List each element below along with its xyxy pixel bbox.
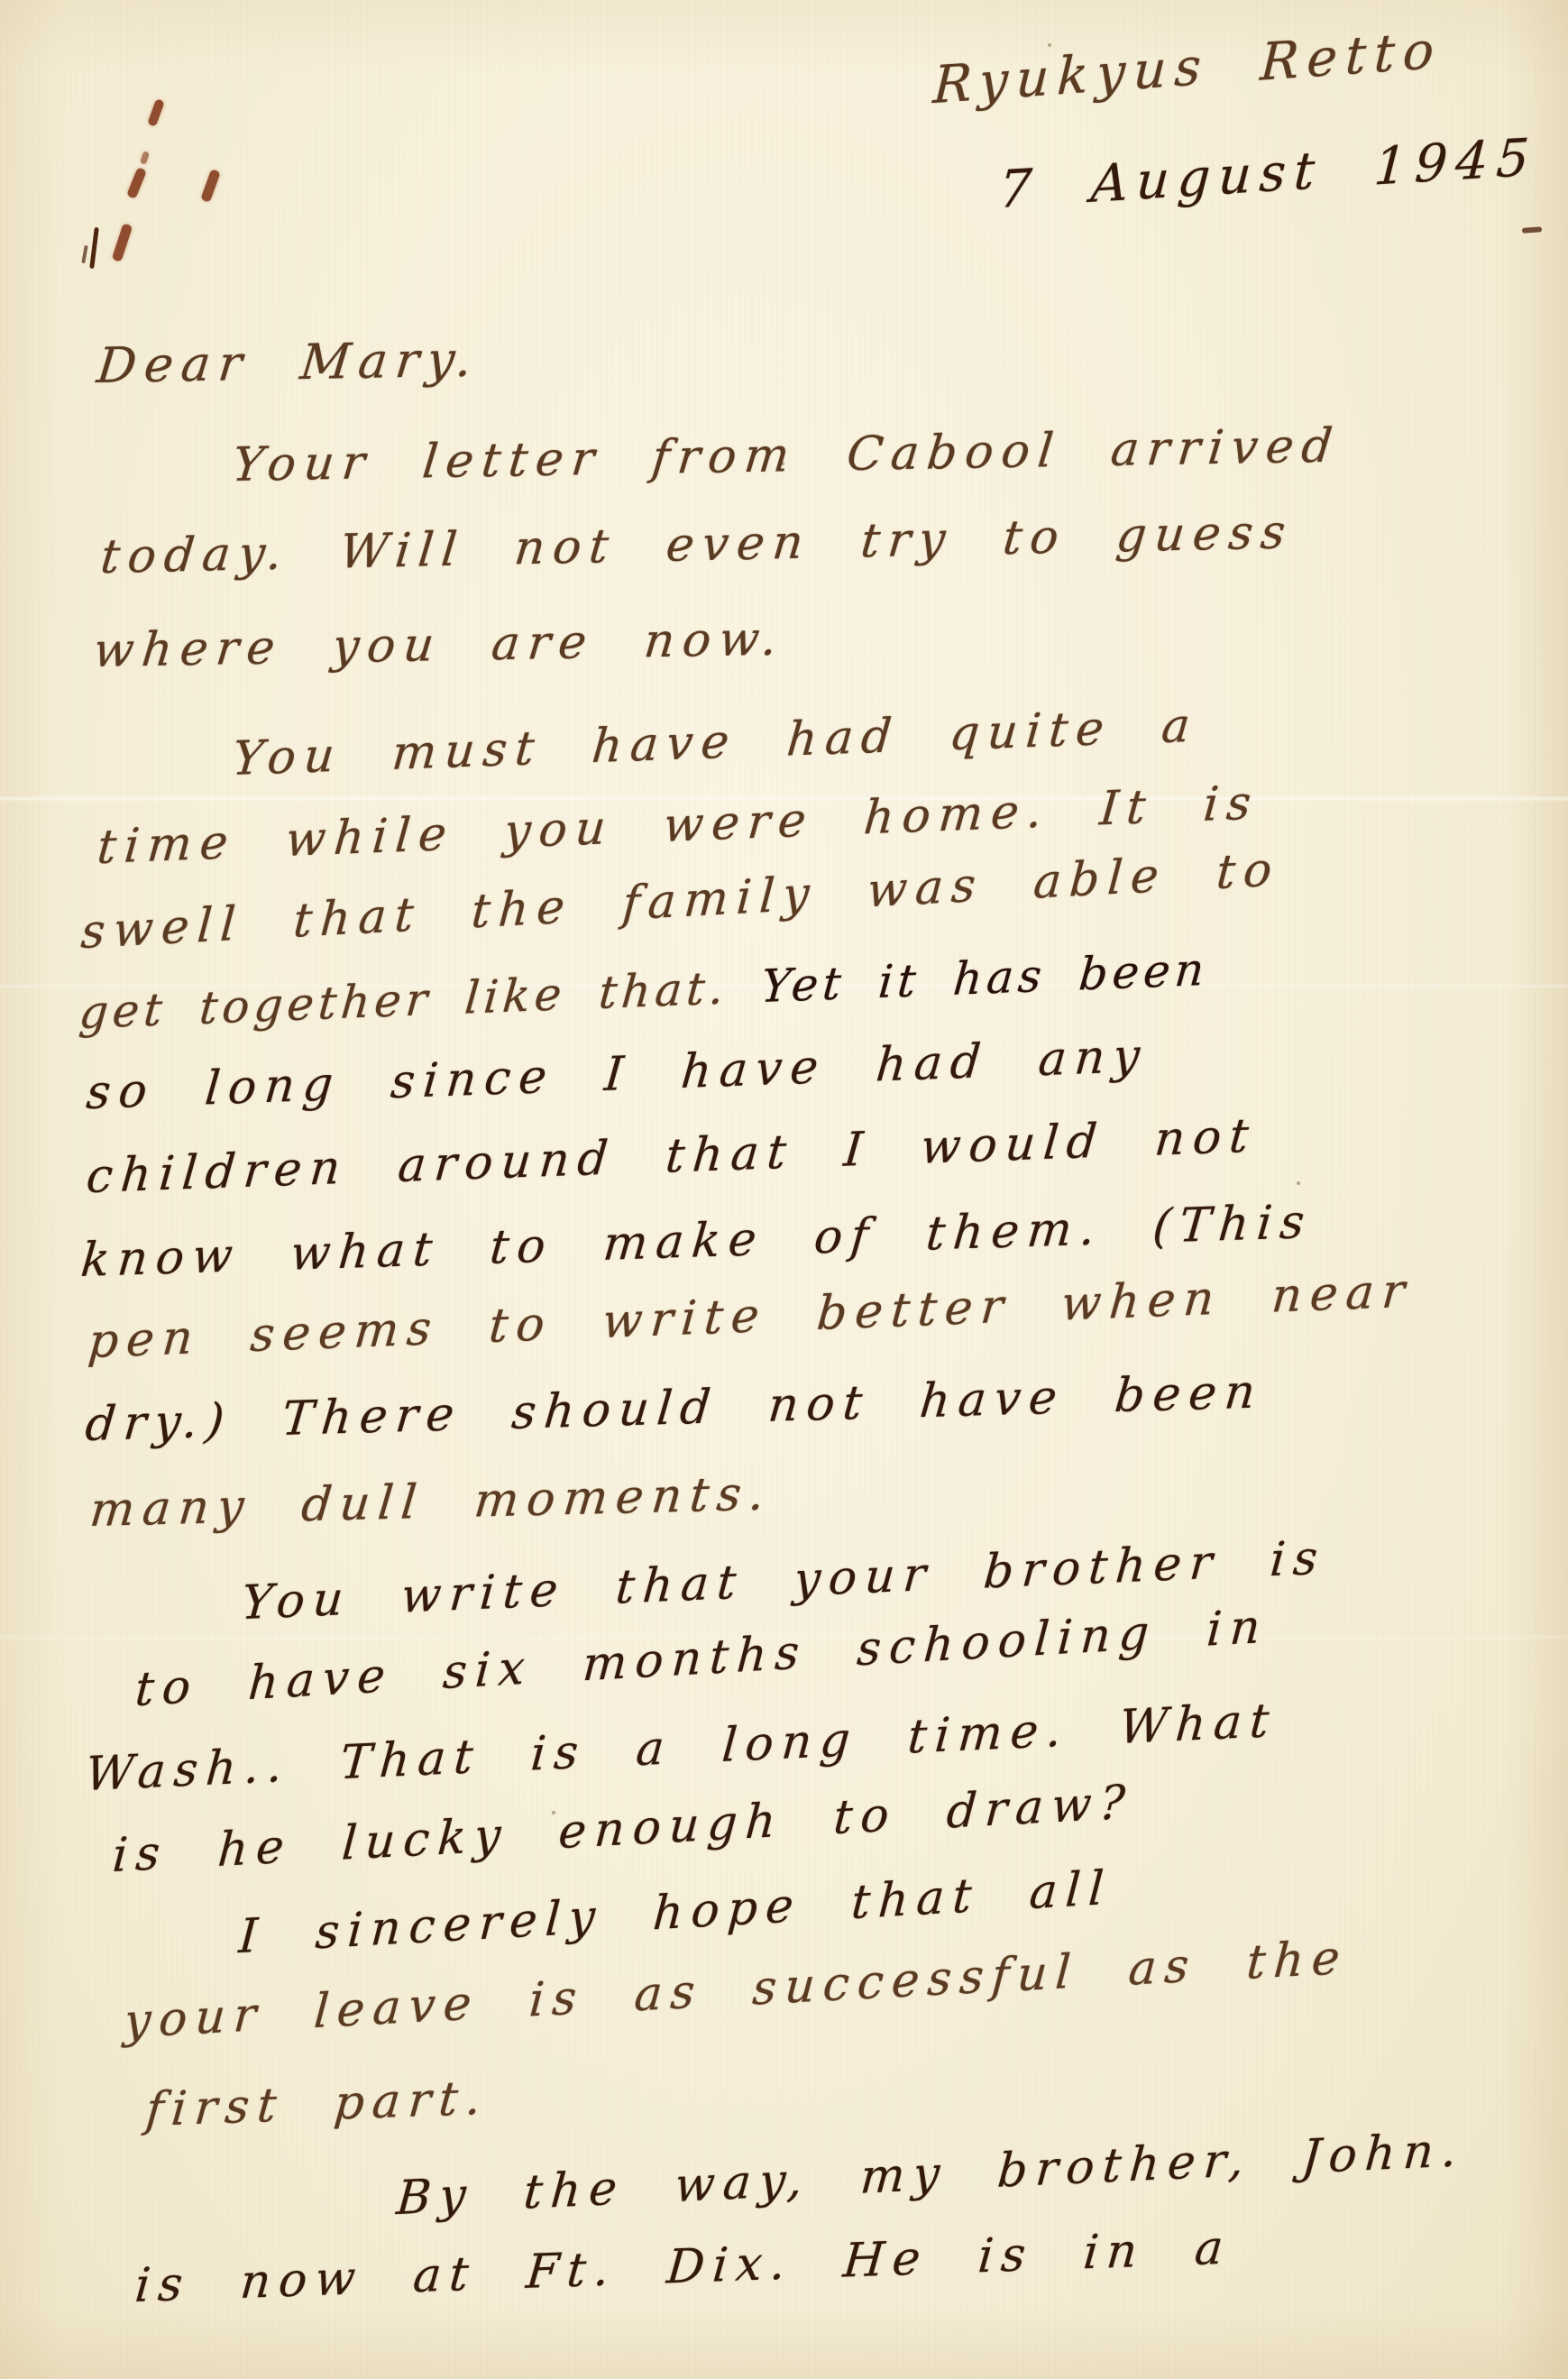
pen-dash <box>1522 226 1542 234</box>
letter-line: By the way, my brother, John. <box>395 2123 1467 2226</box>
letter-line: is now at Ft. Dix. He is in a <box>133 2220 1233 2313</box>
letter-line: children around that I would not <box>84 1109 1259 1205</box>
letter-page: Ryukyus Retto 7 August 1945 Dear Mary. Y… <box>0 0 1568 2379</box>
salutation: Dear Mary. <box>95 331 483 395</box>
letter-line-segment: Yet it has been <box>759 943 1211 1013</box>
rust-stain <box>140 151 150 164</box>
letter-line: today. Will not even try to guess <box>98 505 1296 584</box>
letter-line: Your letter from Cabool arrived <box>230 419 1343 493</box>
rust-stain <box>147 98 165 127</box>
pen-scratch <box>81 245 87 263</box>
rust-stain <box>126 167 147 199</box>
letter-line: so long since I have had any <box>84 1029 1150 1120</box>
letter-line: where you are now. <box>91 612 788 678</box>
paper-speck <box>1048 43 1051 47</box>
letter-date: 7 August 1945 <box>997 127 1539 220</box>
rust-stain <box>112 223 133 262</box>
letter-location: Ryukyus Retto <box>931 20 1444 115</box>
letter-line: dry.) There should not have been <box>83 1364 1265 1452</box>
letter-line: get together like that. Yet it has been <box>78 943 1211 1039</box>
letter-line: You must have had quite a <box>230 699 1200 787</box>
paper-speck <box>1297 1181 1300 1185</box>
letter-line-segment: get together like that. <box>78 960 764 1039</box>
letter-line: first part. <box>143 2071 491 2137</box>
pen-scratch <box>89 227 99 269</box>
rust-stain <box>200 169 221 203</box>
letter-line: I sincerely hope that all <box>237 1861 1114 1964</box>
letter-line: many dull moments. <box>87 1466 775 1538</box>
